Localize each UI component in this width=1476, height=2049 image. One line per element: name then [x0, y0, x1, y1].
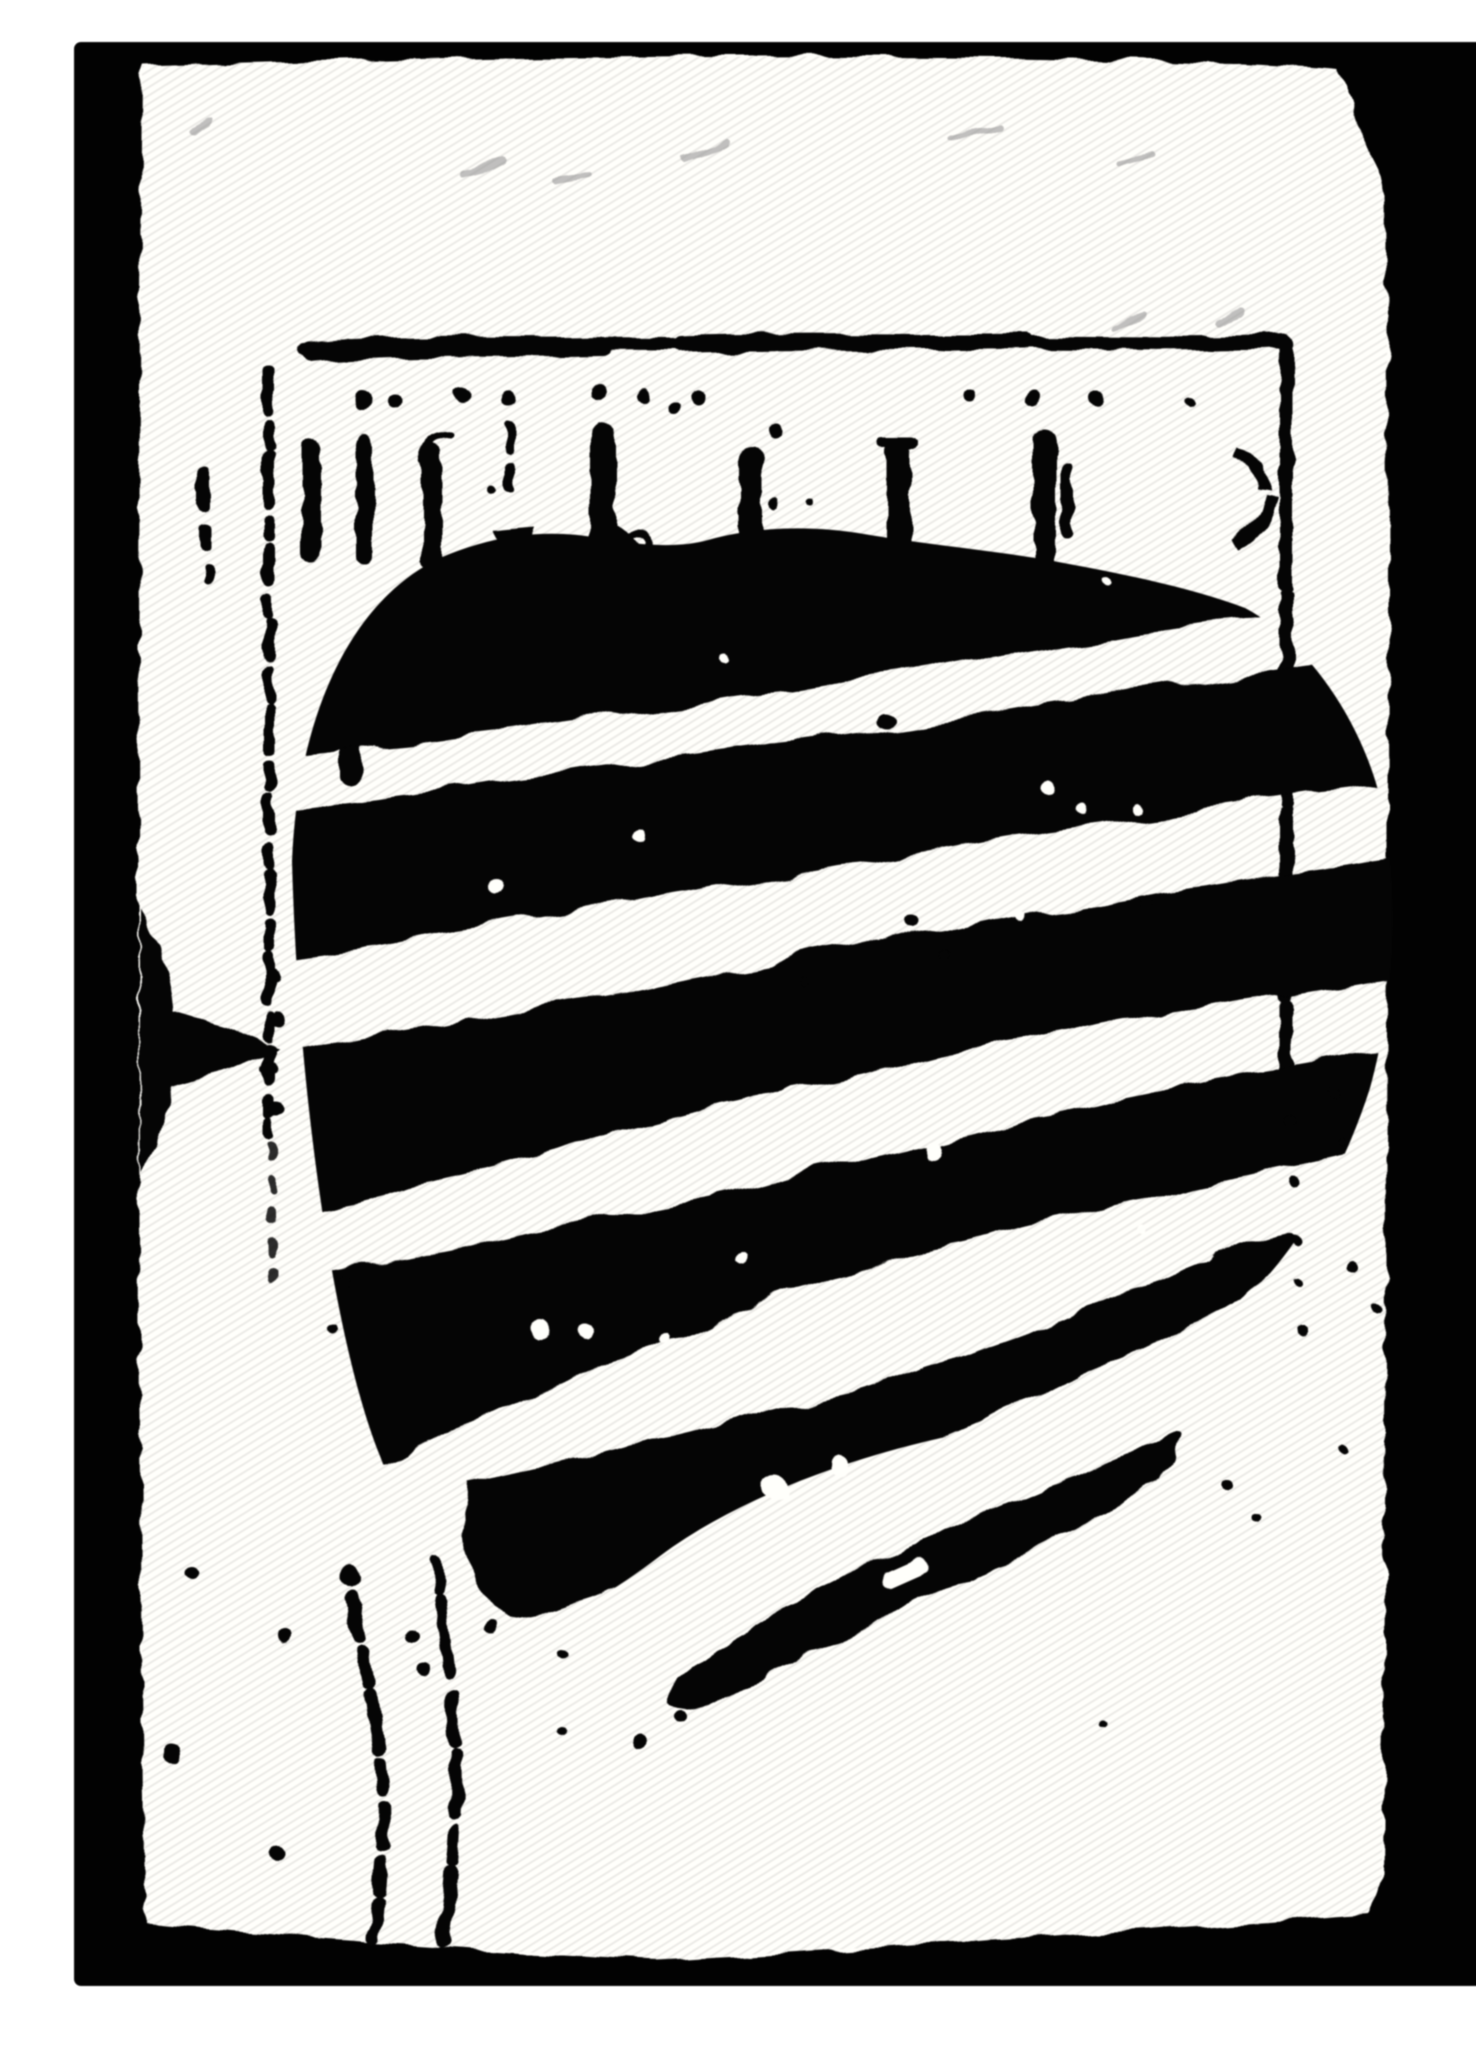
- white-pinhole: [736, 1252, 748, 1264]
- ink-speck: [1337, 1443, 1347, 1453]
- ink-speck: [1027, 390, 1041, 404]
- ink-speck: [1183, 398, 1193, 408]
- letter-mark: [1060, 464, 1072, 536]
- white-pinhole: [634, 830, 646, 842]
- ink-speck: [1220, 1478, 1232, 1490]
- photo-scan: [40, 16, 1476, 2033]
- ink-speck: [486, 1622, 498, 1634]
- ink-speck: [419, 1662, 431, 1674]
- ink-speck: [940, 946, 952, 958]
- white-pinhole: [488, 881, 502, 895]
- letter-mark: [770, 426, 784, 440]
- ink-speck: [327, 1323, 337, 1333]
- ink-speck: [1090, 391, 1106, 407]
- halftone-photo-figure: High-contrast halftone reproduction: a p…: [40, 16, 1476, 2033]
- ink-speck: [1340, 1138, 1348, 1146]
- white-pinhole: [659, 1333, 669, 1343]
- ink-speck: [269, 1101, 283, 1115]
- white-pinhole: [577, 1323, 593, 1339]
- letter-mark: [200, 522, 211, 552]
- ink-speck: [674, 1710, 686, 1722]
- ink-speck: [668, 402, 680, 414]
- frame-top-rule-smudge: [308, 346, 600, 352]
- ink-speck: [1292, 1236, 1302, 1246]
- white-pinhole: [1137, 1227, 1147, 1237]
- ink-speck: [1289, 1176, 1299, 1186]
- white-pinhole: [831, 1457, 849, 1475]
- ink-speck: [905, 915, 919, 929]
- ink-speck: [964, 389, 976, 401]
- white-pinhole: [1015, 911, 1025, 921]
- white-pinhole: [1041, 781, 1055, 795]
- ink-speck: [688, 390, 702, 404]
- letter-mark: [489, 485, 499, 495]
- ink-speck: [877, 714, 893, 730]
- ink-speck: [278, 1630, 290, 1642]
- white-pinhole: [923, 1143, 941, 1161]
- ink-speck: [1373, 1303, 1383, 1313]
- letter-mark: [1034, 432, 1055, 574]
- ink-speck: [808, 499, 816, 507]
- letter-mark: [196, 468, 209, 512]
- letter-mark: [504, 420, 514, 456]
- ink-speck: [163, 1745, 181, 1763]
- ink-speck: [273, 1847, 287, 1861]
- ink-speck: [1346, 1262, 1358, 1274]
- ink-speck: [638, 389, 650, 401]
- white-pinhole: [1132, 806, 1144, 818]
- ink-speck: [1098, 1718, 1106, 1726]
- ink-speck: [403, 1629, 417, 1643]
- ink-speck: [1139, 895, 1153, 909]
- ink-speck: [1296, 1322, 1308, 1334]
- ink-speck: [1327, 1087, 1337, 1097]
- ink-speck: [555, 1725, 565, 1735]
- ink-speck: [799, 977, 809, 987]
- ink-speck: [265, 969, 279, 983]
- ink-speck: [771, 497, 781, 507]
- ink-speck: [632, 1733, 648, 1749]
- ink-speck: [592, 384, 608, 400]
- letter-mark: [302, 440, 321, 564]
- ink-speck: [353, 390, 371, 408]
- ink-speck: [501, 392, 515, 406]
- ink-speck: [1251, 1514, 1259, 1522]
- ink-speck: [387, 395, 401, 409]
- ink-speck: [1284, 1115, 1296, 1127]
- letter-mark: [506, 464, 515, 492]
- ink-speck: [1294, 1280, 1302, 1288]
- white-pinhole: [1077, 803, 1087, 813]
- ink-speck: [262, 1060, 278, 1076]
- ink-speck: [340, 1566, 360, 1586]
- white-pinhole: [530, 1318, 550, 1338]
- letter-mark: [204, 564, 214, 586]
- white-pinhole: [1103, 573, 1113, 583]
- white-pinhole: [761, 1472, 789, 1500]
- letter-mark: [876, 436, 918, 449]
- white-pinhole: [720, 654, 728, 662]
- ink-speck: [454, 386, 472, 404]
- ink-speck: [335, 1275, 349, 1289]
- ink-speck: [269, 1012, 287, 1030]
- frame-top-rule-smudge-2: [680, 342, 1025, 344]
- letter-mark: [356, 436, 374, 564]
- ink-speck: [557, 1649, 567, 1659]
- ink-speck: [185, 1567, 199, 1581]
